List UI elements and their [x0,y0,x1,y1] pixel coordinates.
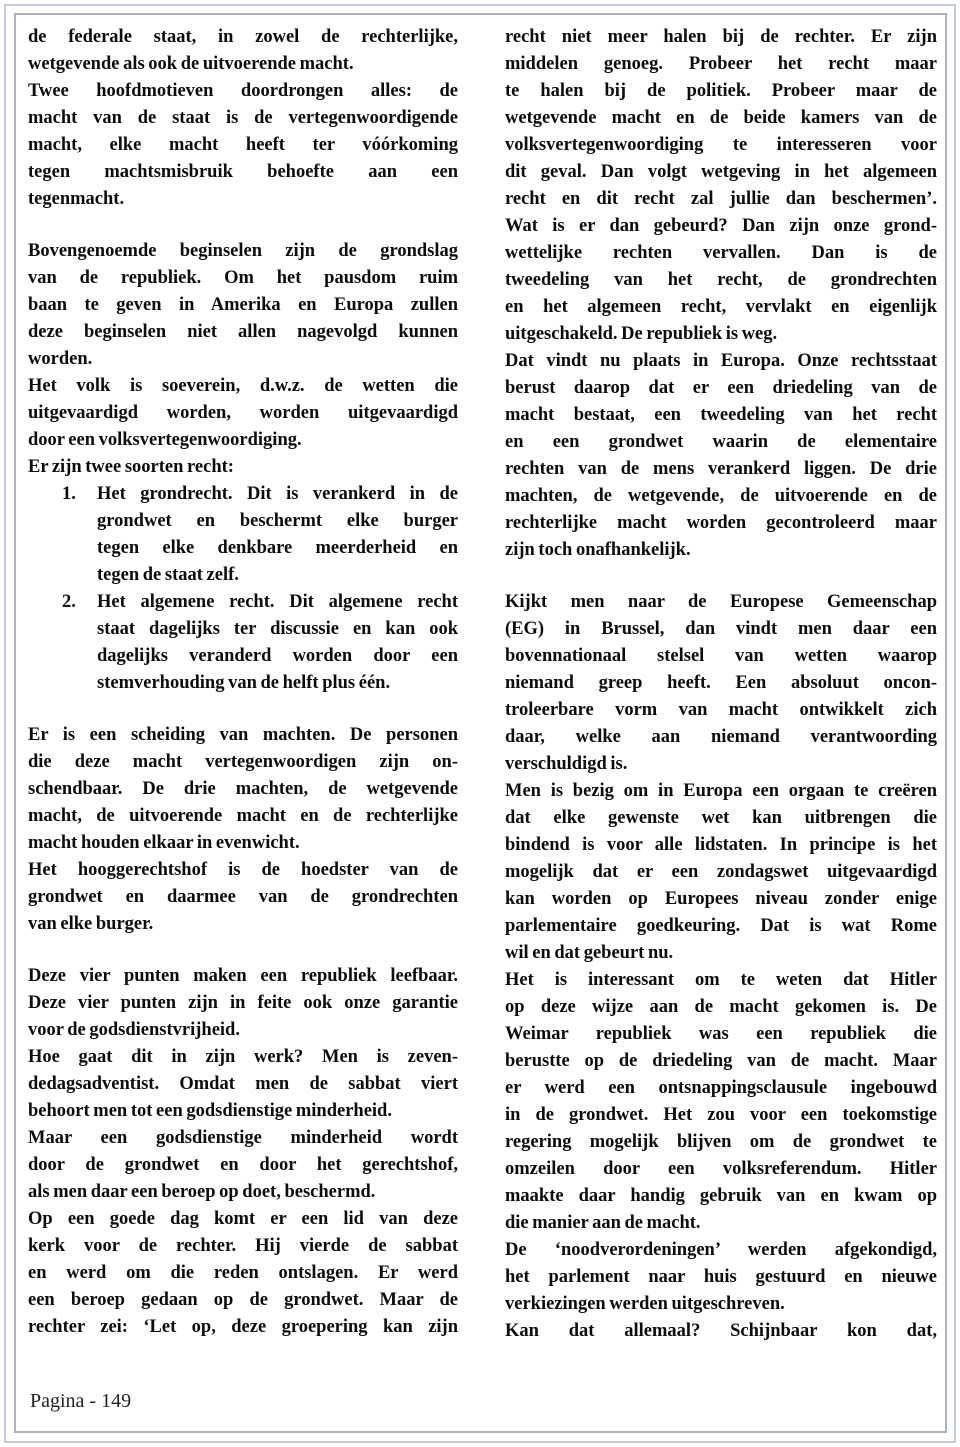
paragraph: de federale staat, in zowel de rechterli… [28,24,458,78]
text-line: te halen bij de politiek. Probeer maar d… [505,78,937,105]
paragraph-gap [28,938,458,963]
text-line: Er zijn twee soorten recht: [28,454,458,481]
text-line: op deze wijze aan de macht gekomen is. D… [505,994,937,1021]
list-item: 2.Het algemene recht. Dit algemene recht… [28,589,458,697]
text-line: mogelijk dat er een zondagswet uitgevaar… [505,859,937,886]
text-line: in de grondwet. Het zou voor een toekoms… [505,1102,937,1129]
text-column-right: recht niet meer halen bij de rechter. Er… [505,24,937,1345]
paragraph: Dat vindt nu plaats in Europa. Onze rech… [505,348,937,564]
text-line: berustte op de driedeling van de macht. … [505,1048,937,1075]
text-line: Bovengenoemde beginselen zijn de grondsl… [28,238,458,265]
text-line: baan te geven in Amerika en Europa zulle… [28,292,458,319]
text-line: de federale staat, in zowel de rechterli… [28,24,458,51]
text-line: Kan dat allemaal? Schijnbaar kon dat, [505,1318,937,1345]
text-line: uitgevaardigd worden, worden uitgevaardi… [28,400,458,427]
paragraph: Het volk is soeverein, d.w.z. de wetten … [28,373,458,454]
paragraph: Het hooggerechtshof is de hoedster van d… [28,857,458,938]
text-line: staat dagelijks ter discussie en kan ook [97,616,458,643]
paragraph-gap [28,697,458,722]
text-line: kerk voor de rechter. Hij vierde de sabb… [28,1233,458,1260]
text-line: macht bestaat, een tweedeling van het re… [505,402,937,429]
text-line: Deze vier punten maken een republiek lee… [28,963,458,990]
paragraph: Kan dat allemaal? Schijnbaar kon dat, [505,1318,937,1345]
paragraph: Er zijn twee soorten recht: [28,454,458,481]
text-line: Het hooggerechtshof is de hoedster van d… [28,857,458,884]
text-line: behoort men tot een godsdienstige minder… [28,1098,458,1125]
text-line: tegen machtsmisbruik behoefte aan een [28,159,458,186]
paragraph: recht niet meer halen bij de rechter. Er… [505,24,937,213]
paragraph: Men is bezig om in Europa een orgaan te … [505,778,937,967]
paragraph: Deze vier punten maken een republiek lee… [28,963,458,1044]
text-line: wil en dat gebeurt nu. [505,940,937,967]
text-line: Op een goede dag komt er een lid van dez… [28,1206,458,1233]
text-line: als men daar een beroep op doet, bescher… [28,1179,458,1206]
paragraph: Er is een scheiding van machten. De pers… [28,722,458,857]
text-line: middelen genoeg. Probeer het recht maar [505,51,937,78]
text-line: Deze vier punten zijn in feite ook onze … [28,990,458,1017]
paragraph: De ‘noodverordeningen’ werden afgekondig… [505,1237,937,1318]
text-line: voor de godsdienstvrijheid. [28,1017,458,1044]
text-line: machten, de wetgevende, de uitvoerende e… [505,483,937,510]
paragraph: Kijkt men naar de Europese Gemeenschap(E… [505,589,937,778]
text-line: berust daarop dat er een driedeling van … [505,375,937,402]
paragraph: Maar een godsdienstige minderheid wordtd… [28,1125,458,1206]
text-line: die manier aan de macht. [505,1210,937,1237]
paragraph: Het is interessant om te weten dat Hitle… [505,967,937,1237]
text-line: door de grondwet en door het gerechtshof… [28,1152,458,1179]
text-line: recht niet meer halen bij de rechter. Er… [505,24,937,51]
text-line: dit geval. Dan volgt wetgeving in het al… [505,159,937,186]
text-line: uitgeschakeld. De republiek is weg. [505,321,937,348]
text-line: wettelijke rechten vervallen. Dan is de [505,240,937,267]
text-line: wetgevende macht en de beide kamers van … [505,105,937,132]
text-line: Dat vindt nu plaats in Europa. Onze rech… [505,348,937,375]
text-line: niemand greep heeft. Een absoluut oncon- [505,670,937,697]
text-line: Er is een scheiding van machten. De pers… [28,722,458,749]
text-line: Het volk is soeverein, d.w.z. de wetten … [28,373,458,400]
text-line: grondwet en beschermt elke burger [97,508,458,535]
text-line: grondwet en daarmee van de grondrechten [28,884,458,911]
text-line: dedagsadventist. Omdat men de sabbat vie… [28,1071,458,1098]
text-line: tegen de staat zelf. [97,562,458,589]
text-line: troleerbare vorm van macht ontwikkelt zi… [505,697,937,724]
paragraph: Hoe gaat dit in zijn werk? Men is zeven-… [28,1044,458,1125]
document-page: { "page": { "language": "nl", "colors": … [0,0,960,1447]
text-line: rechterlijke macht worden gecontroleerd … [505,510,937,537]
text-line: en werd om die reden ontslagen. Er werd [28,1260,458,1287]
text-line: (EG) in Brussel, dan vindt men daar een [505,616,937,643]
text-line: deze beginselen niet allen nagevolgd kun… [28,319,458,346]
text-line: macht van de staat is de vertegenwoordig… [28,105,458,132]
text-line: stemverhouding van de helft plus één. [97,670,458,697]
text-line: macht houden elkaar in evenwicht. [28,830,458,857]
list-item-number: 2. [62,589,76,616]
text-line: Men is bezig om in Europa een orgaan te … [505,778,937,805]
text-line: maakte daar handig gebruik van en kwam o… [505,1183,937,1210]
text-line: rechter zei: ‘Let op, deze groepering ka… [28,1314,458,1341]
text-line: recht en dit recht zal jullie dan besche… [505,186,937,213]
text-line: parlementaire goedkeuring. Dat is wat Ro… [505,913,937,940]
text-line: Het is interessant om te weten dat Hitle… [505,967,937,994]
text-line: van de republiek. Om het pausdom ruim [28,265,458,292]
text-line: Hoe gaat dit in zijn werk? Men is zeven- [28,1044,458,1071]
text-line: rechten van de mens verankerd liggen. De… [505,456,937,483]
text-line: macht, elke macht heeft ter vóórkoming [28,132,458,159]
text-line: zijn toch onafhankelijk. [505,537,937,564]
text-line: volksvertegenwoordiging te interesseren … [505,132,937,159]
list-item: 1.Het grondrecht. Dit is verankerd in de… [28,481,458,589]
list-item-number: 1. [62,481,76,508]
text-line: die deze macht vertegenwoordigen zijn on… [28,749,458,776]
text-line: Twee hoofdmotieven doordrongen alles: de [28,78,458,105]
text-line: Het algemene recht. Dit algemene recht [97,589,458,616]
text-line: Weimar republiek was een republiek die [505,1021,937,1048]
text-line: er werd een ontsnappingsclausule ingebou… [505,1075,937,1102]
paragraph: Bovengenoemde beginselen zijn de grondsl… [28,238,458,373]
paragraph: Twee hoofdmotieven doordrongen alles: de… [28,78,458,213]
text-line: Wat is er dan gebeurd? Dan zijn onze gro… [505,213,937,240]
text-line: een beroep gedaan op de grondwet. Maar d… [28,1287,458,1314]
text-line: schendbaar. De drie machten, de wetgeven… [28,776,458,803]
text-line: wetgevende als ook de uitvoerende macht. [28,51,458,78]
paragraph-gap [505,564,937,589]
text-line: tweedeling van het recht, de grondrechte… [505,267,937,294]
text-line: het parlement naar huis gestuurd en nieu… [505,1264,937,1291]
text-line: en het algemeen recht, vervlakt en eigen… [505,294,937,321]
paragraph-gap [28,213,458,238]
text-line: Het grondrecht. Dit is verankerd in de [97,481,458,508]
page-number: Pagina - 149 [30,1390,131,1413]
text-line: Maar een godsdienstige minderheid wordt [28,1125,458,1152]
text-line: verkiezingen werden uitgeschreven. [505,1291,937,1318]
paragraph: Op een goede dag komt er een lid van dez… [28,1206,458,1341]
text-line: kan worden op Europees niveau zonder eni… [505,886,937,913]
text-line: door een volksvertegenwoordiging. [28,427,458,454]
text-line: van elke burger. [28,911,458,938]
text-line: tegen elke denkbare meerderheid en [97,535,458,562]
text-line: daar, welke aan niemand verantwoording [505,724,937,751]
text-line: en een grondwet waarin de elementaire [505,429,937,456]
text-line: verschuldigd is. [505,751,937,778]
text-line: De ‘noodverordeningen’ werden afgekondig… [505,1237,937,1264]
text-line: bovennationaal stelsel van wetten waarop [505,643,937,670]
text-line: bindend is voor alle lidstaten. In princ… [505,832,937,859]
text-column-left: de federale staat, in zowel de rechterli… [28,24,458,1341]
text-line: macht, de uitvoerende macht en de rechte… [28,803,458,830]
text-line: omzeilen door een volksreferendum. Hitle… [505,1156,937,1183]
text-line: regering mogelijk blijven om de grondwet… [505,1129,937,1156]
text-line: dagelijks veranderd worden door een [97,643,458,670]
text-line: Kijkt men naar de Europese Gemeenschap [505,589,937,616]
text-line: worden. [28,346,458,373]
text-line: dat elke gewenste wet kan uitbrengen die [505,805,937,832]
text-line: tegenmacht. [28,186,458,213]
paragraph: Wat is er dan gebeurd? Dan zijn onze gro… [505,213,937,348]
